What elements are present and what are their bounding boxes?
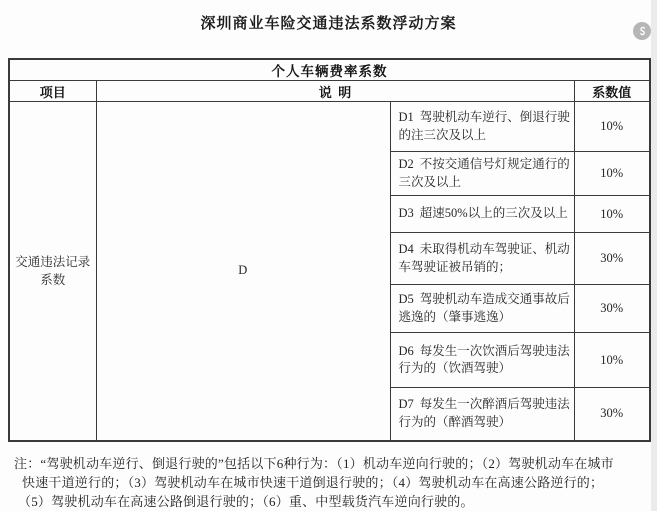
coefficient-value: 10%: [574, 333, 650, 388]
coefficient-value: 30%: [574, 388, 650, 441]
coefficient-value: 30%: [574, 233, 650, 285]
violation-text: 每发生一次醉酒后驾驶违法行为的（醉酒驾驶）: [399, 397, 570, 429]
table-caption: 个人车辆费率系数: [9, 59, 650, 81]
footnote-line-2: 快速干道逆行的；（3）驾驶机动车在城市快速干道倒退行驶的；（4）驾驶机动车在高速…: [22, 473, 647, 492]
violation-text: 每发生一次饮酒后驾驶违法行为的（饮酒驾驶）: [399, 344, 570, 376]
violation-code: D2: [399, 157, 414, 171]
coefficient-table: 个人车辆费率系数 项目 说 明 系数值 交通违法记录 系数 D D1驾驶机动车逆…: [8, 58, 651, 442]
coefficient-value: 10%: [574, 196, 650, 233]
violation-desc: D6每发生一次饮酒后驾驶违法行为的（饮酒驾驶）: [390, 333, 574, 388]
violation-text: 超速50%以上的三次及以上: [420, 206, 568, 220]
coefficient-value: 30%: [574, 285, 650, 333]
violation-desc: D3超速50%以上的三次及以上: [390, 196, 574, 233]
violation-desc: D1驾驶机动车逆行、倒退行驶的注三次及以上: [390, 102, 574, 152]
violation-code: D4: [399, 242, 414, 256]
coefficient-value: 10%: [574, 102, 650, 152]
document-page: 深圳商业车险交通违法系数浮动方案 个人车辆费率系数 项目 说 明 系数值 交通违…: [0, 0, 657, 511]
table-caption-row: 个人车辆费率系数: [9, 59, 650, 81]
footnote-line-1: 注：“驾驶机动车逆行、倒退行驶的”包括以下6种行为：（1）机动车逆向行驶的；（2…: [14, 454, 647, 473]
share-icon[interactable]: [633, 22, 651, 40]
violation-code: D5: [399, 292, 414, 306]
violation-code: D7: [399, 397, 414, 411]
violation-desc: D7每发生一次醉酒后驾驶违法行为的（醉酒驾驶）: [390, 388, 574, 441]
violation-desc: D2不按交通信号灯规定通行的三次及以上: [390, 152, 574, 196]
violation-code: D3: [399, 206, 414, 220]
violation-text: 不按交通信号灯规定通行的三次及以上: [399, 157, 570, 189]
violation-text: 驾驶机动车逆行、倒退行驶的注三次及以上: [399, 110, 570, 142]
item-category-cell: 交通违法记录 系数: [9, 102, 96, 441]
group-code-cell: D: [96, 102, 390, 441]
item-category-line1: 交通违法记录: [13, 253, 93, 271]
table-header-row: 项目 说 明 系数值: [9, 81, 650, 102]
violation-code: D6: [399, 344, 414, 358]
violation-code: D1: [399, 110, 414, 124]
col-header-value: 系数值: [574, 81, 650, 102]
violation-text: 驾驶机动车造成交通事故后逃逸的（肇事逃逸）: [399, 292, 570, 324]
col-header-item: 项目: [9, 81, 96, 102]
coefficient-value: 10%: [574, 152, 650, 196]
violation-desc: D5驾驶机动车造成交通事故后逃逸的（肇事逃逸）: [390, 285, 574, 333]
item-category-line2: 系数: [13, 271, 93, 289]
footnote: 注：“驾驶机动车逆行、倒退行驶的”包括以下6种行为：（1）机动车逆向行驶的；（2…: [14, 454, 647, 511]
page-title: 深圳商业车险交通违法系数浮动方案: [0, 0, 657, 34]
violation-text: 未取得机动车驾驶证、机动车驾驶证被吊销的；: [399, 242, 570, 274]
footnote-line-3: （5）驾驶机动车在高速公路倒退行驶的；（6）重、中型载货汽车逆向行驶的。: [18, 492, 647, 511]
table-row: 交通违法记录 系数 D D1驾驶机动车逆行、倒退行驶的注三次及以上 10%: [9, 102, 650, 152]
col-header-description: 说 明: [96, 81, 574, 102]
violation-desc: D4未取得机动车驾驶证、机动车驾驶证被吊销的；: [390, 233, 574, 285]
page-edge: [651, 0, 657, 511]
s-curve-glyph: [635, 24, 649, 38]
